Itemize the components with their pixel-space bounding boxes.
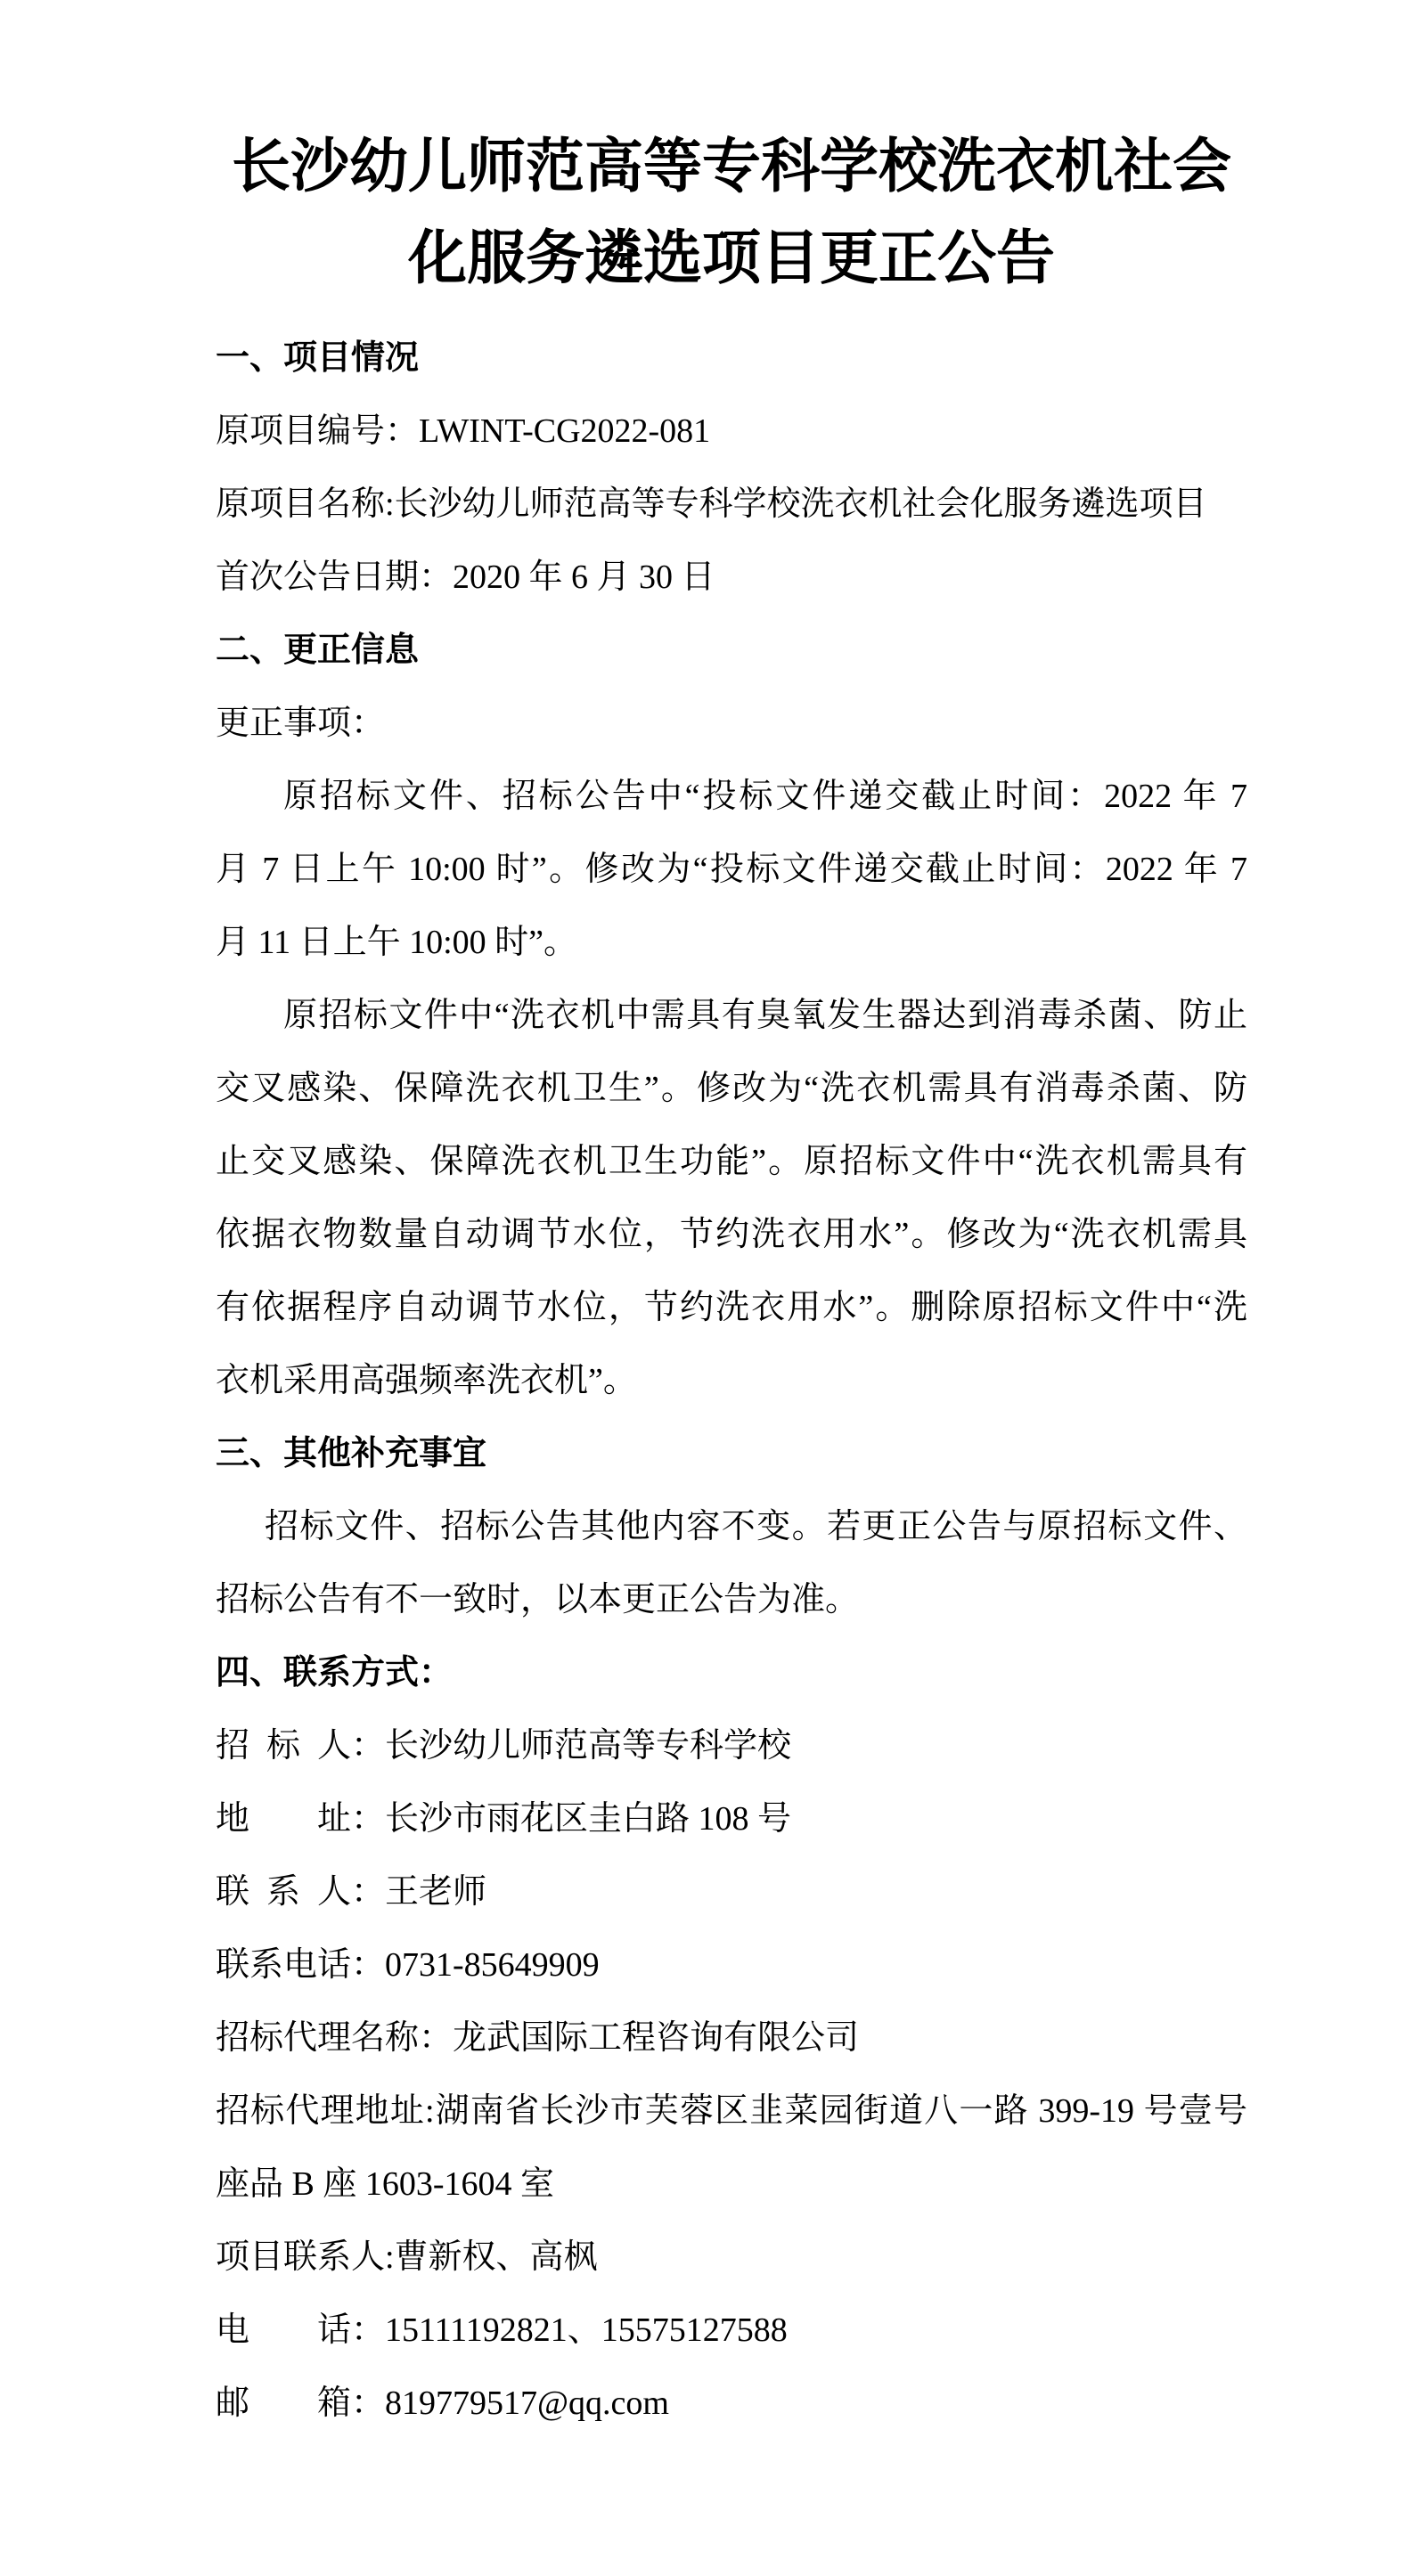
document-title-line-2: 化服务遴选项目更正公告	[216, 213, 1247, 305]
document-page: 长沙幼儿师范高等专科学校洗衣机社会 化服务遴选项目更正公告 一、项目情况 原项目…	[0, 0, 1414, 2440]
address-line: 地 址：长沙市雨花区圭白路 108 号	[216, 1782, 1247, 1855]
agency-name-line: 招标代理名称：龙武国际工程咨询有限公司	[216, 2001, 1247, 2075]
contact-person-line: 联 系 人：王老师	[216, 1855, 1247, 1928]
correction-para1-line-3: 月 11 日上午 10:00 时”。	[216, 906, 1247, 979]
document-title-line-1: 长沙幼儿师范高等专科学校洗衣机社会	[216, 121, 1247, 213]
document-body: 一、项目情况 原项目编号：LWINT-CG2022-081 原项目名称:长沙幼儿…	[216, 322, 1247, 2440]
correction-para2-line-3: 止交叉感染、保障洗衣机卫生功能”。原招标文件中“洗衣机需具有	[216, 1125, 1247, 1198]
correction-para1-line-2: 月 7 日上午 10:00 时”。修改为“投标文件递交截止时间：2022 年 7	[216, 833, 1247, 906]
correction-para2-line-4: 依据衣物数量自动调节水位，节约洗衣用水”。修改为“洗衣机需具	[216, 1198, 1247, 1271]
correction-para2-line-6: 衣机采用高强频率洗衣机”。	[216, 1344, 1247, 1417]
section-heading-correction-info: 二、更正信息	[216, 614, 1247, 687]
email-line: 邮 箱：819779517@qq.com	[216, 2367, 1247, 2440]
other-matters-line-2: 招标公告有不一致时，以本更正公告为准。	[216, 1563, 1247, 1636]
project-contacts-line: 项目联系人:曹新权、高枫	[216, 2221, 1247, 2294]
correction-items-label: 更正事项：	[216, 687, 1247, 760]
section-heading-project-info: 一、项目情况	[216, 322, 1247, 395]
agency-address-line-2: 座品 B 座 1603-1604 室	[216, 2148, 1247, 2221]
section-heading-contact-info: 四、联系方式：	[216, 1636, 1247, 1709]
other-matters-line-1: 招标文件、招标公告其他内容不变。若更正公告与原招标文件、	[216, 1490, 1247, 1563]
tenderer-line: 招 标 人：长沙幼儿师范高等专科学校	[216, 1709, 1247, 1782]
agency-address-line-1: 招标代理地址:湖南省长沙市芙蓉区韭菜园街道八一路 399-19 号壹号	[216, 2075, 1247, 2148]
project-number-line: 原项目编号：LWINT-CG2022-081	[216, 395, 1247, 468]
project-name-line: 原项目名称:长沙幼儿师范高等专科学校洗衣机社会化服务遴选项目	[216, 468, 1247, 541]
contact-phone-line: 联系电话：0731-85649909	[216, 1928, 1247, 2001]
document-title: 长沙幼儿师范高等专科学校洗衣机社会 化服务遴选项目更正公告	[216, 121, 1247, 305]
first-announcement-date-line: 首次公告日期：2020 年 6 月 30 日	[216, 541, 1247, 614]
correction-para1-line-1: 原招标文件、招标公告中“投标文件递交截止时间：2022 年 7	[216, 760, 1247, 833]
correction-para2-line-1: 原招标文件中“洗衣机中需具有臭氧发生器达到消毒杀菌、防止	[216, 979, 1247, 1052]
correction-para2-line-2: 交叉感染、保障洗衣机卫生”。修改为“洗衣机需具有消毒杀菌、防	[216, 1052, 1247, 1125]
correction-para2-line-5: 有依据程序自动调节水位，节约洗衣用水”。删除原招标文件中“洗	[216, 1271, 1247, 1344]
phone-line: 电 话：15111192821、15575127588	[216, 2294, 1247, 2367]
section-heading-other-matters: 三、其他补充事宜	[216, 1417, 1247, 1490]
